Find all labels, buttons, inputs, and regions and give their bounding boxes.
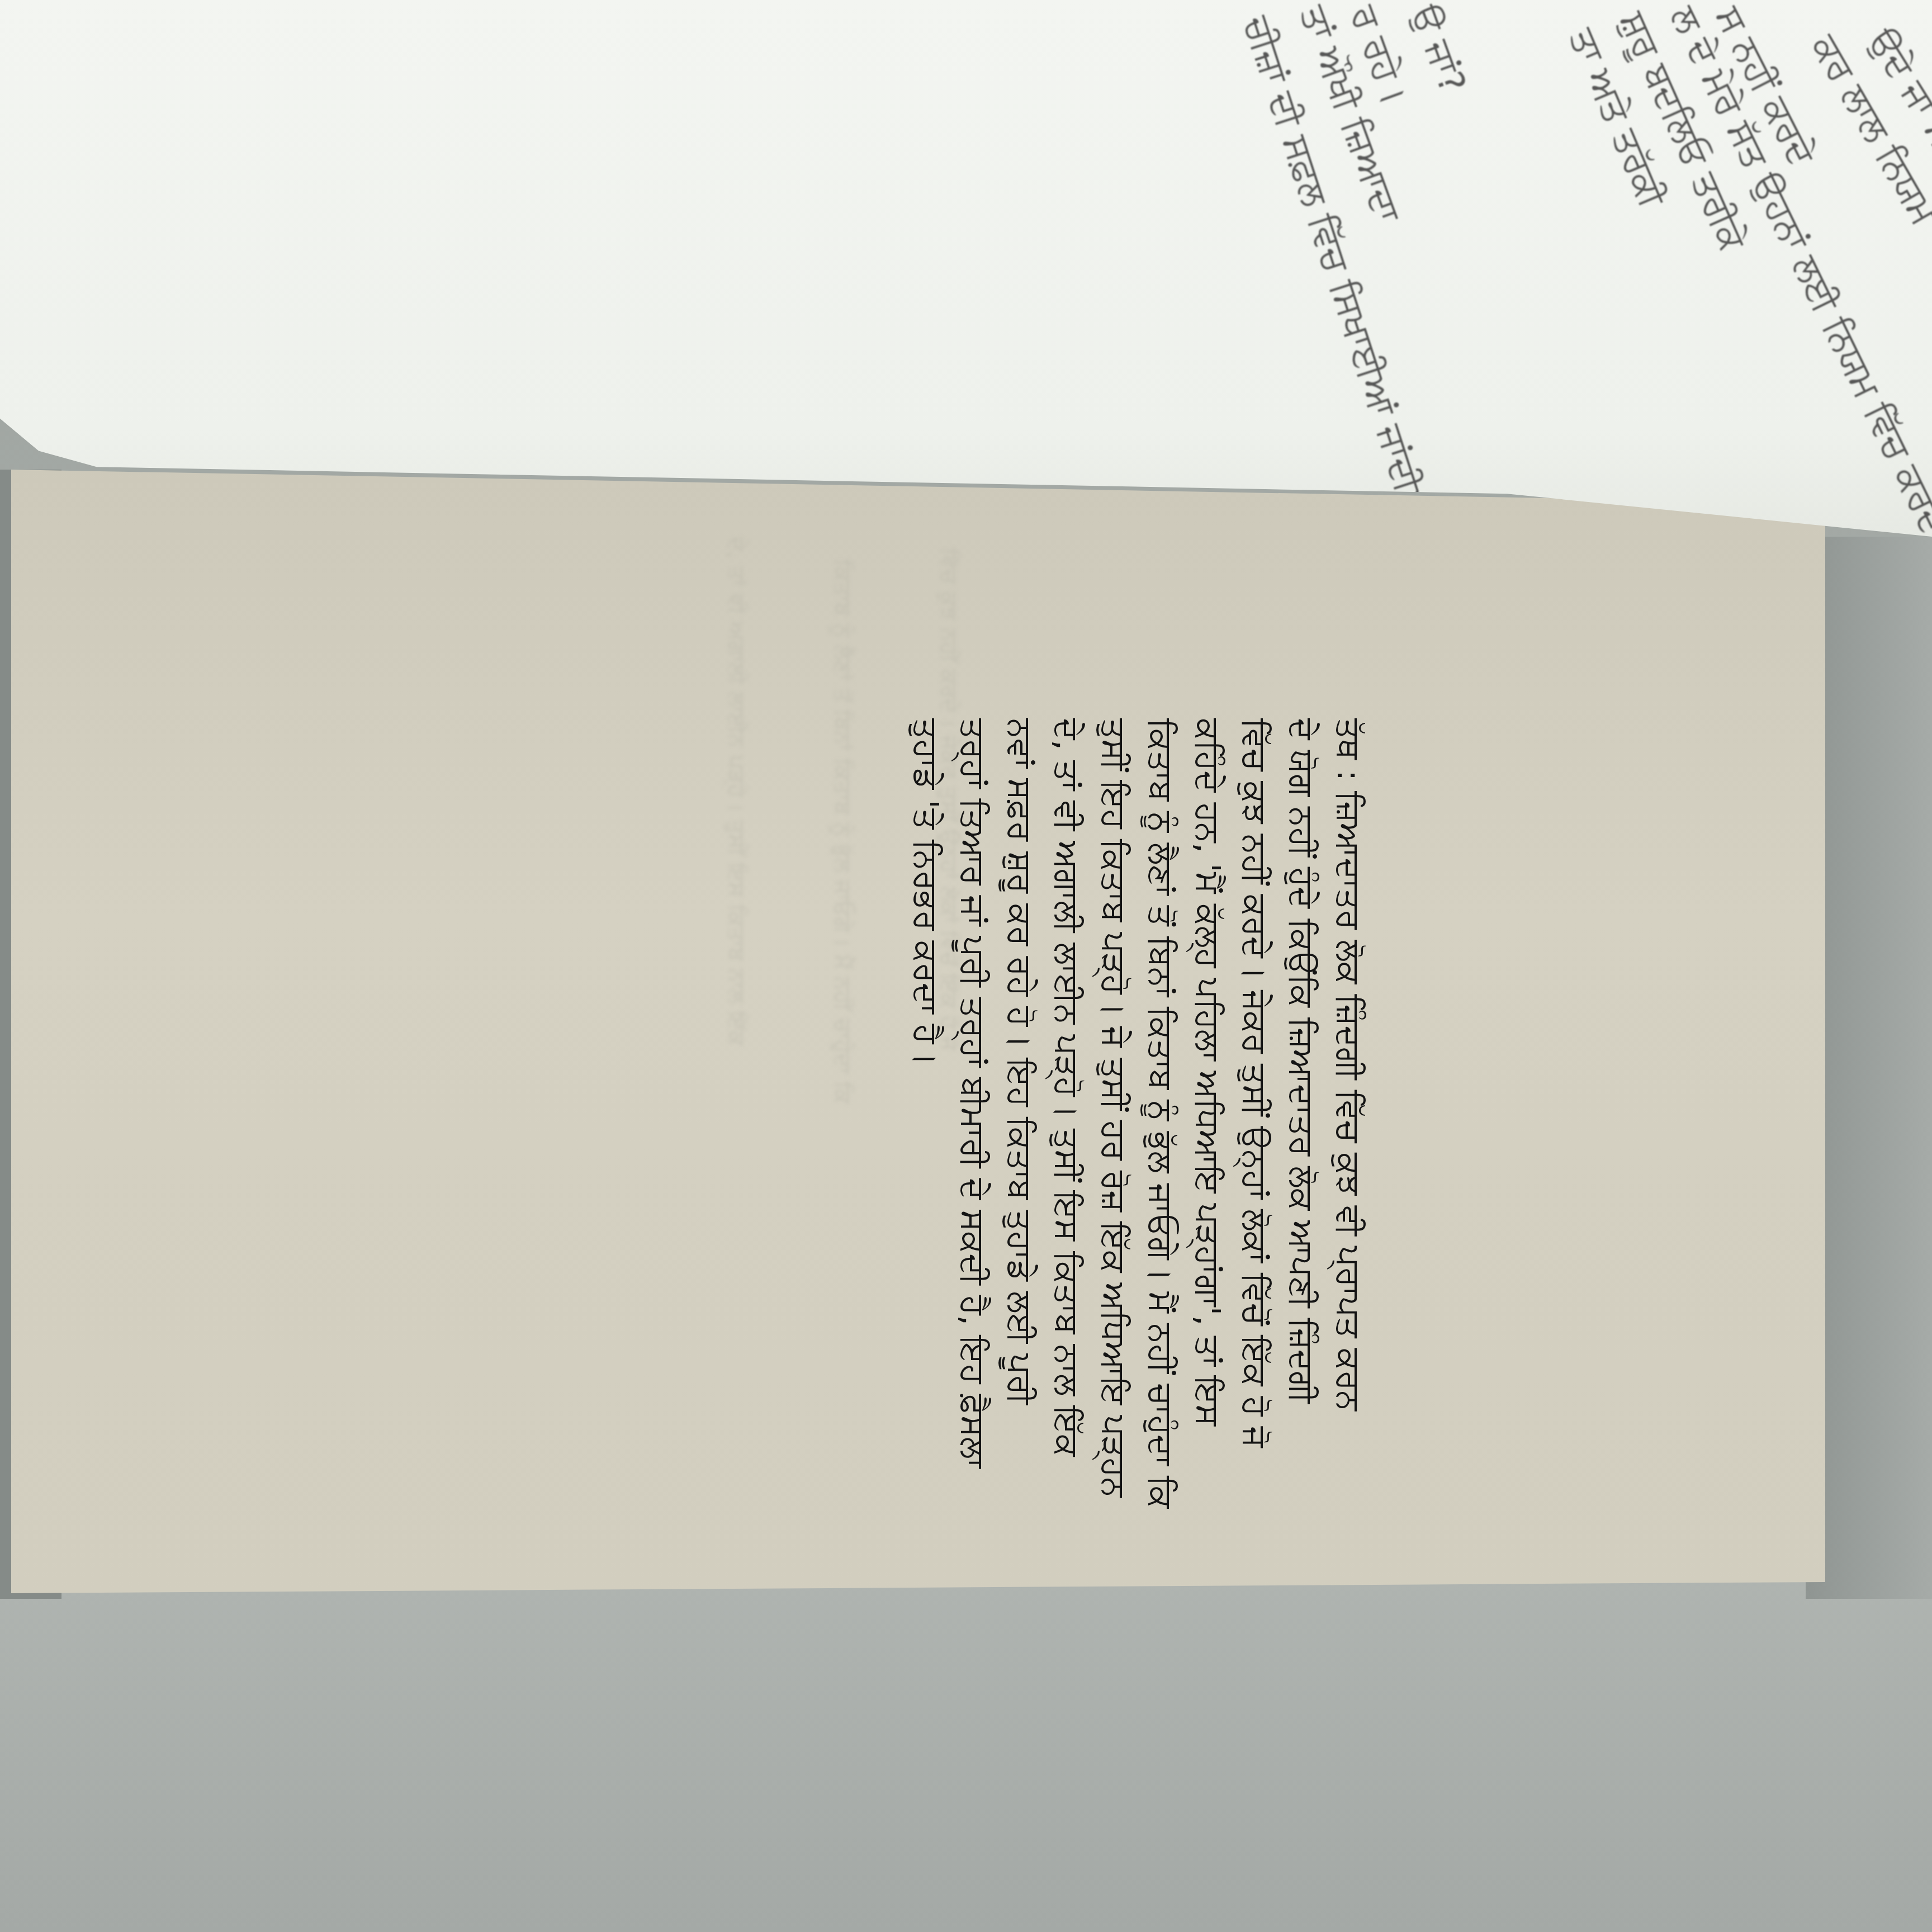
text-line: ਤੱਥ : ਜ਼ਿਆਦਾਤਰ ਲੋਕ ਜ਼ਿੰਦਗੀ ਵਿੱਚ ਕੁਝ ਵੀ ਪ…: [1325, 718, 1372, 1434]
text-line: ਤੁਹਾਡੇ 'ਤੇ ਨਿਰਭਰ ਕਰਦਾ ਹੈ।: [903, 718, 950, 1434]
curled-top-page: ਚੀਜ਼ਾਂ ਦੀ ਸਫ਼ਲ ਵਿੱਚ ਸਿਖਾਈਆਂ ਜਾਂਦੀਆਂ। ਤਾਂ…: [0, 0, 1932, 537]
text-line: ਕਹਿੰਦੇ ਹਨ, 'ਮੈਂ ਕੱਲ੍ਹ ਪਹਿਲਾ ਅਧਿਆਇ ਪੜ੍ਹਾਂ…: [1185, 718, 1232, 1434]
text-line: ਤਰ੍ਹਾਂ ਤਿਆਰ ਜਾਂ ਪੂਰੀ ਤਰ੍ਹਾਂ ਬੀਮਾਰੀ ਦੇ ਸਕ…: [950, 718, 997, 1434]
text-line: ਦੇ, ਤਾਂ ਵੀ ਅਗਾਲੀ ਲਾਈਨ ਪੜ੍ਹੋ। ਤੁਸੀਂ ਇਸ ਕਿ…: [1044, 718, 1091, 1434]
text-line: ਤੁਸੀਂ ਇਹ ਕਿਤਾਬ ਪੜ੍ਹੋ। ਜੇ ਤੁਸੀਂ ਹਰ ਰੋਜ਼ ਇ…: [1091, 718, 1138, 1434]
text-line: ਦੇ ਯੋਗ ਨਹੀਂ ਹੁੰਦੇ ਕਿਉਂਕਿ ਜ਼ਿਆਦਾਤਰ ਲੋਕ ਆਪ…: [1278, 718, 1325, 1434]
text-line: ਨਵਾਂ ਸਫ਼ਰ ਸ਼ੁਰੂ ਕਰ ਰਹੇ ਹੋ। ਇਹ ਕਿਤਾਬ ਤੁਹਾ…: [997, 718, 1044, 1434]
bleed-through-text: ਦੇ, ਤਾਂ ਵੀ ਅਗਾਲੀ ਲਾਈਨ ਪੜ੍ਹੋ। ਤੁਸੀਂ ਇਸ ਕਿ…: [723, 537, 749, 1046]
top-page-line: ਉ ਜਾਂ?: [1403, 0, 1472, 98]
text-line: ਵਿੱਚ ਕੁਝ ਨਹੀਂ ਕਰਦੇ। ਜੇਕਰ ਤੁਸੀਂ ਉਨ੍ਹਾਂ ਲੋ…: [1232, 718, 1278, 1434]
text-line: ਕਿਤਾਬ ਨੂੰ ਲੈਣਾਂ ਤੋਂ ਬਿਨਾਂ ਕਿਤਾਬ ਨੂੰ ਭੁੱਲ…: [1138, 718, 1185, 1434]
main-page-text: ਤੱਥ : ਜ਼ਿਆਦਾਤਰ ਲੋਕ ਜ਼ਿੰਦਗੀ ਵਿੱਚ ਕੁਝ ਵੀ ਪ…: [903, 718, 1372, 1434]
bleed-through-text: ਕਿਤਾਬ ਨੂੰ ਲੈਣਾਂ ਤੋਂ ਬਿਨਾਂ ਕਿਤਾਬ ਨੂੰ ਭੁੱਲ…: [830, 559, 855, 1104]
